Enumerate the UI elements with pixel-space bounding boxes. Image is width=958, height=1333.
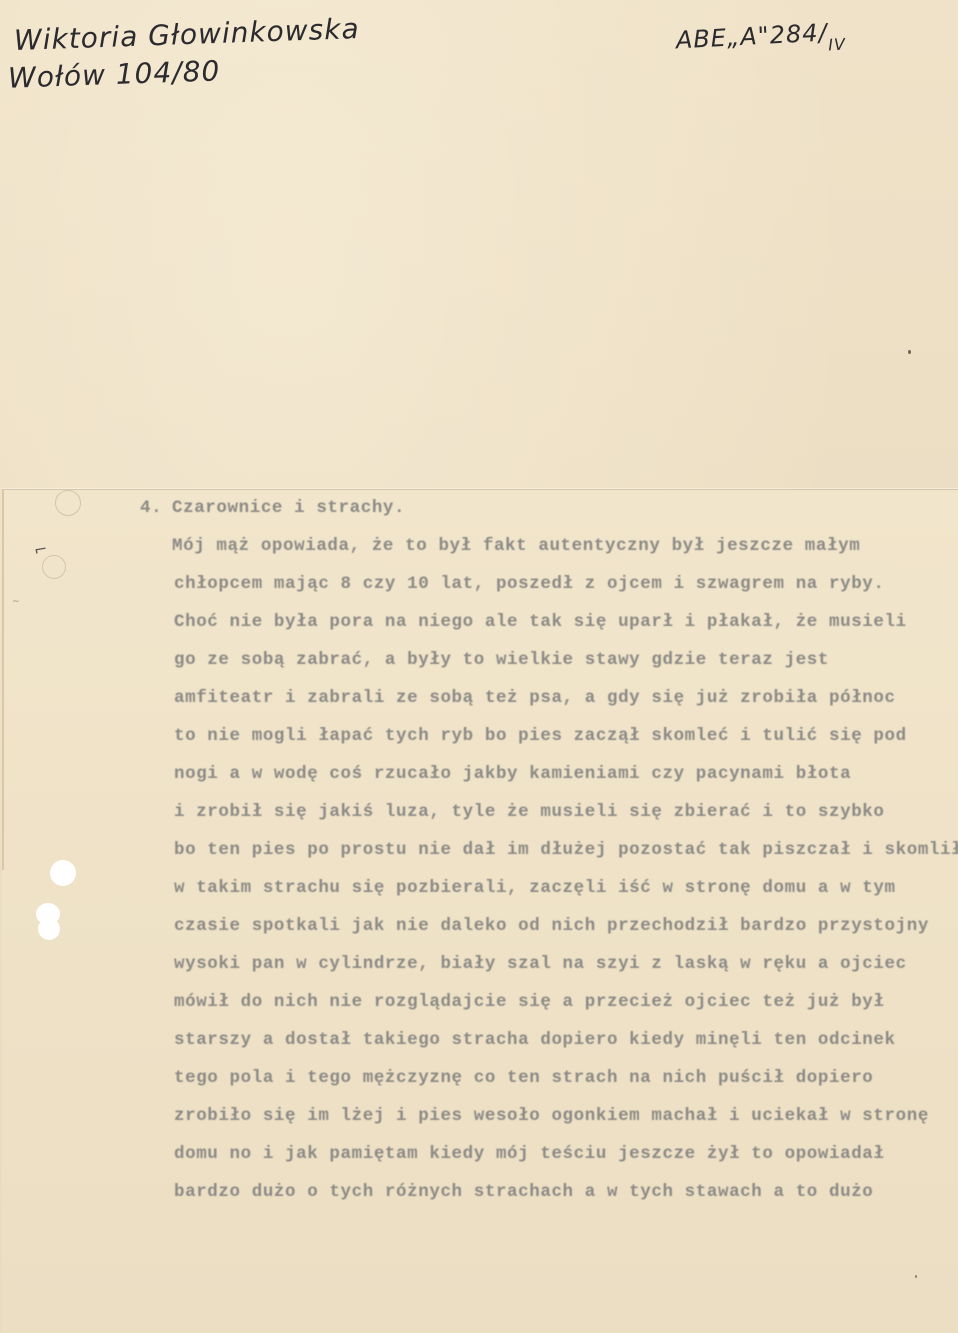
text-line: bardzo dużo o tych różnych strachach a w… <box>140 1180 958 1218</box>
text-line: wysoki pan w cylindrze, biały szal na sz… <box>140 952 958 990</box>
typewritten-text: 4.Czarownice i strachy. Mój mąż opowiada… <box>140 496 958 1218</box>
punch-hole-icon <box>50 860 76 886</box>
text-line: nogi a w wodę coś rzucało jakby kamienia… <box>140 762 958 800</box>
text-line: domu no i jak pamiętam kiedy mój teściu … <box>140 1142 958 1180</box>
text-line: to nie mogli łapać tych ryb bo pies zacz… <box>140 724 958 762</box>
ink-speck <box>915 1275 917 1278</box>
text-line: Mój mąż opowiada, że to był fakt autenty… <box>140 534 958 572</box>
archive-ref-suffix: IV <box>828 35 847 55</box>
punch-hole-icon <box>38 918 60 940</box>
text-line: go ze sobą zabrać, a były to wielkie sta… <box>140 648 958 686</box>
text-line: chłopcem mając 8 czy 10 lat, poszedł z o… <box>140 572 958 610</box>
punch-hole-outline-icon <box>42 555 66 579</box>
text-line: starszy a dostał takiego stracha dopiero… <box>140 1028 958 1066</box>
text-line: amfiteatr i zabrali ze sobą też psa, a g… <box>140 686 958 724</box>
section-number: 4. <box>140 496 172 520</box>
text-line: tego pola i tego mężczyznę co ten strach… <box>140 1066 958 1104</box>
section-title: Czarownice i strachy. <box>172 498 405 518</box>
text-line: mówił do nich nie rozglądajcie się a prz… <box>140 990 958 1028</box>
text-line: zrobiło się im lżej i pies wesoło ogonki… <box>140 1104 958 1142</box>
text-line: czasie spotkali jak nie daleko od nich p… <box>140 914 958 952</box>
ink-speck <box>908 350 911 354</box>
text-line: Choć nie była pora na niego ale tak się … <box>140 610 958 648</box>
section-heading: 4.Czarownice i strachy. <box>140 496 958 520</box>
text-line: i zrobił się jakiś luza, tyle że musieli… <box>140 800 958 838</box>
text-line: w takim strachu się pozbierali, zaczęli … <box>140 876 958 914</box>
smudge-mark-icon: ~ <box>12 597 20 607</box>
punch-hole-outline-icon <box>55 490 81 516</box>
text-line: bo ten pies po prostu nie dał im dłużej … <box>140 838 958 876</box>
sheet-edge-shadow <box>2 490 4 870</box>
